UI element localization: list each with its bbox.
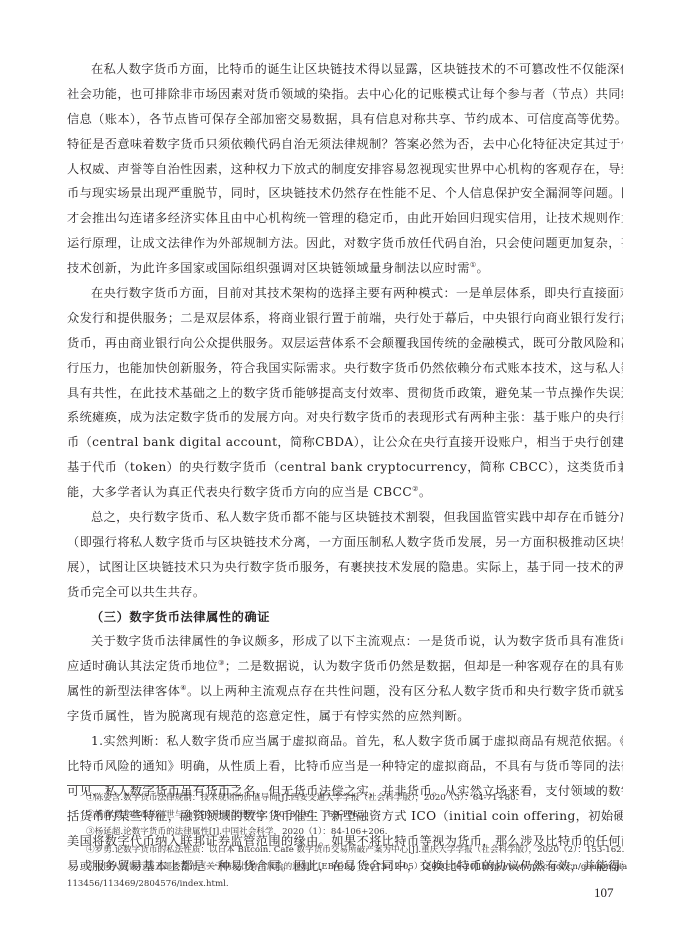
line-text: 币（central bank digital account，简称CBDA），让…	[67, 435, 623, 449]
line-text: （即强行将私人数字货币与区块链技术分离，一方面压制私人数字货币发展，另一方面积极…	[67, 535, 623, 549]
line-text: 系统瘫痪，成为法定数字货币的发展方向。对央行数字货币的表现形式有两种主张：基于账…	[67, 410, 623, 424]
line-text-tail: 。以上两种主流观点存在共性问题，没有区分私人数字货币和央行数字货币就妄断数	[187, 684, 623, 698]
text-line: 货币完全可以共生共存。	[67, 580, 623, 605]
line-text: 信息（账本），各节点皆可保存全部加密交易数据，具有信息对称共享、节约成本、可信度…	[67, 112, 623, 126]
text-line: 字货币属性，皆为脱离现有规范的恣意定性，属于有悖实然的应然判断。	[67, 704, 623, 729]
text-line: 比特币风险的通知》明确，从性质上看，比特币应当是一种特定的虚拟商品，不具有与货币…	[67, 754, 623, 779]
text-line: 属性的新型法律客体④。以上两种主流观点存在共性问题，没有区分私人数字货币和央行数…	[67, 679, 623, 704]
line-text: 社会功能，也可排除非市场因素对货币领域的染指。去中心化的记账模式让每个参与者（节…	[67, 87, 623, 101]
text-line: 基于代币（token）的央行数字货币（central bank cryptocu…	[67, 455, 623, 480]
line-text-tail: ；二是数据说，认为数字货币仍然是数据，但却是一种客观存在的具有财产价值	[225, 659, 623, 673]
footnote-item: ①陈姿含.数字货币法律规制：技术规则的价值导向[J].西安交通大学学报（社会科学…	[67, 790, 627, 807]
line-text: 字货币属性，皆为脱离现有规范的恣意定性，属于有悖实然的应然判断。	[67, 709, 470, 723]
footnote-ref[interactable]: ④	[180, 684, 187, 692]
text-line: 在央行数字货币方面，目前对其技术架构的选择主要有两种模式：一是单层体系，即央行直…	[67, 281, 623, 306]
footnote-ref[interactable]: ③	[218, 659, 225, 667]
footnote-item: ④罗勇.论数字货币的私法性质：以日本 Bitcoin. Cafe 数字货币交易所…	[67, 842, 627, 859]
footnote-ref[interactable]: ②	[412, 485, 419, 493]
text-line: 能，大多学者认为真正代表央行数字货币方向的应当是 CBCC②。	[67, 480, 623, 505]
line-text: 行压力，也能加快创新服务，符合我国实际需求。央行数字货币仍然依赖分布式账本技术，…	[67, 361, 623, 375]
line-text: 在私人数字货币方面，比特币的诞生让区块链技术得以显露，区块链技术的不可篡改性不仅…	[91, 62, 623, 76]
footnote-item: 113456/113469/2804576/index.html.	[67, 876, 627, 893]
footnote-divider	[67, 785, 240, 786]
line-text: 人权威、声誉等自治性因素，这种权力下放式的制度安排容易忽视现实世界中心机构的客观…	[67, 162, 623, 176]
line-text: 具有共性，在此技术基础之上的数字货币能够提高支付效率、贯彻货币政策，避免某一节点…	[67, 386, 623, 400]
line-text: 关于数字货币法律属性的争议颇多，形成了以下主流观点：一是货币说，认为数字货币具有…	[91, 634, 623, 648]
footnote-item: ③杨延超.论数字货币的法律属性[J].中国社会科学，2020（1）：84-106…	[67, 824, 627, 841]
text-line: 社会功能，也可排除非市场因素对货币领域的染指。去中心化的记账模式让每个参与者（节…	[67, 82, 623, 107]
section-heading: （三）数字货币法律属性的确证	[67, 605, 623, 630]
text-line: 1.实然判断：私人数字货币应当属于虚拟商品。首先，私人数字货币属于虚拟商品有规范…	[67, 729, 623, 754]
text-line: 币与现实场景出现严重脱节，同时，区块链技术仍然存在性能不足、个人信息保护安全漏洞…	[67, 181, 623, 206]
line-text: 货币，再由商业银行向公众提供服务。双层运营体系不会颠覆我国传统的金融模式，既可分…	[67, 336, 623, 350]
line-text: 币与现实场景出现严重脱节，同时，区块链技术仍然存在性能不足、个人信息保护安全漏洞…	[67, 186, 623, 200]
text-line: 众发行和提供服务；二是双层体系，将商业银行置于前端，央行处于幕后，中央银行向商业…	[67, 306, 623, 331]
line-text: 运行原理，让成文法律作为外部规制方法。因此，对数字货币放任代码自治，只会使问题更…	[67, 236, 623, 250]
line-text: 应适时确认其法定货币地位	[67, 659, 218, 673]
text-line: 系统瘫痪，成为法定数字货币的发展方向。对央行数字货币的表现形式有两种主张：基于账…	[67, 405, 623, 430]
text-line: 应适时确认其法定货币地位③；二是数据说，认为数字货币仍然是数据，但却是一种客观存…	[67, 654, 623, 679]
footnote-ref[interactable]: ①	[470, 261, 477, 269]
line-text: 货币完全可以共生共存。	[67, 585, 205, 599]
text-line: 技术创新，为此许多国家或国际组织强调对区块链领域量身制法以应时需①。	[67, 256, 623, 281]
text-line: 关于数字货币法律属性的争议颇多，形成了以下主流观点：一是货币说，认为数字货币具有…	[67, 629, 623, 654]
text-line: 具有共性，在此技术基础之上的数字货币能够提高支付效率、贯彻货币政策，避免某一节点…	[67, 381, 623, 406]
text-line: 行压力，也能加快创新服务，符合我国实际需求。央行数字货币仍然依赖分布式账本技术，…	[67, 356, 623, 381]
line-text: 总之，央行数字货币、私人数字货币都不能与区块链技术割裂，但我国监管实践中却存在币…	[91, 510, 623, 524]
text-line: 币（central bank digital account，简称CBDA），让…	[67, 430, 623, 455]
text-line: （即强行将私人数字货币与区块链技术分离，一方面压制私人数字货币发展，另一方面积极…	[67, 530, 623, 555]
line-text: 众发行和提供服务；二是双层体系，将商业银行置于前端，央行处于幕后，中央银行向商业…	[67, 311, 623, 325]
line-text: 比特币风险的通知》明确，从性质上看，比特币应当是一种特定的虚拟商品，不具有与货币…	[67, 759, 623, 773]
line-text: 才会推出勾连诸多经济实体且由中心机构统一管理的稳定币，由此开始回归现实信用，让技…	[67, 211, 623, 225]
line-text: 属性的新型法律客体	[67, 684, 180, 698]
text-line: 信息（账本），各节点皆可保存全部加密交易数据，具有信息对称共享、节约成本、可信度…	[67, 107, 623, 132]
text-line: 才会推出勾连诸多经济实体且由中心机构统一管理的稳定币，由此开始回归现实信用，让技…	[67, 206, 623, 231]
text-line: 展），试图让区块链技术只为央行数字货币服务，有裹挟技术发展的隐患。实际上，基于同…	[67, 555, 623, 580]
line-text: 在央行数字货币方面，目前对其技术架构的选择主要有两种模式：一是单层体系，即央行直…	[91, 286, 623, 300]
line-text: 技术创新，为此许多国家或国际组织强调对区块链领域量身制法以应时需	[67, 261, 470, 275]
line-text: 能，大多学者认为真正代表央行数字货币方向的应当是 CBCC	[67, 485, 412, 499]
line-text: 基于代币（token）的央行数字货币（central bank cryptocu…	[67, 460, 623, 474]
text-line: 特征是否意味着数字货币只须依赖代码自治无须法律规制？答案必然为否，去中心化特征决…	[67, 132, 623, 157]
text-line: 货币，再由商业银行向公众提供服务。双层运营体系不会颠覆我国传统的金融模式，既可分…	[67, 331, 623, 356]
text-line: 在私人数字货币方面，比特币的诞生让区块链技术得以显露，区块链技术的不可篡改性不仅…	[67, 57, 623, 82]
text-line: 总之，央行数字货币、私人数字货币都不能与区块链技术割裂，但我国监管实践中却存在币…	[67, 505, 623, 530]
line-text: 1.实然判断：私人数字货币应当属于虚拟商品。首先，私人数字货币属于虚拟商品有规范…	[91, 734, 623, 748]
text-line: 运行原理，让成文法律作为外部规制方法。因此，对数字货币放任代码自治，只会使问题更…	[67, 231, 623, 256]
line-text: 展），试图让区块链技术只为央行数字货币服务，有裹挟技术发展的隐患。实际上，基于同…	[67, 560, 623, 574]
article-body: 在私人数字货币方面，比特币的诞生让区块链技术得以显露，区块链技术的不可篡改性不仅…	[67, 57, 623, 878]
line-text: 特征是否意味着数字货币只须依赖代码自治无须法律规制？答案必然为否，去中心化特征决…	[67, 137, 623, 151]
footnote-item: ②姚前.数字货币的前世与今生[J].中国法律评论，2018（6）：169-176…	[67, 807, 627, 824]
footnotes: ①陈姿含.数字货币法律规制：技术规则的价值导向[J].西安交通大学学报（社会科学…	[67, 790, 627, 893]
line-text-tail: 。	[419, 485, 432, 499]
line-text-tail: 。	[477, 261, 490, 275]
text-line: 人权威、声誉等自治性因素，这种权力下放式的制度安排容易忽视现实世界中心机构的客观…	[67, 157, 623, 182]
footnote-item: ⑤中国人民银行等五部委发布《关于防范比特币风险的通知》[EB/OL].（2013…	[67, 859, 627, 876]
page-number: 107	[594, 885, 614, 901]
